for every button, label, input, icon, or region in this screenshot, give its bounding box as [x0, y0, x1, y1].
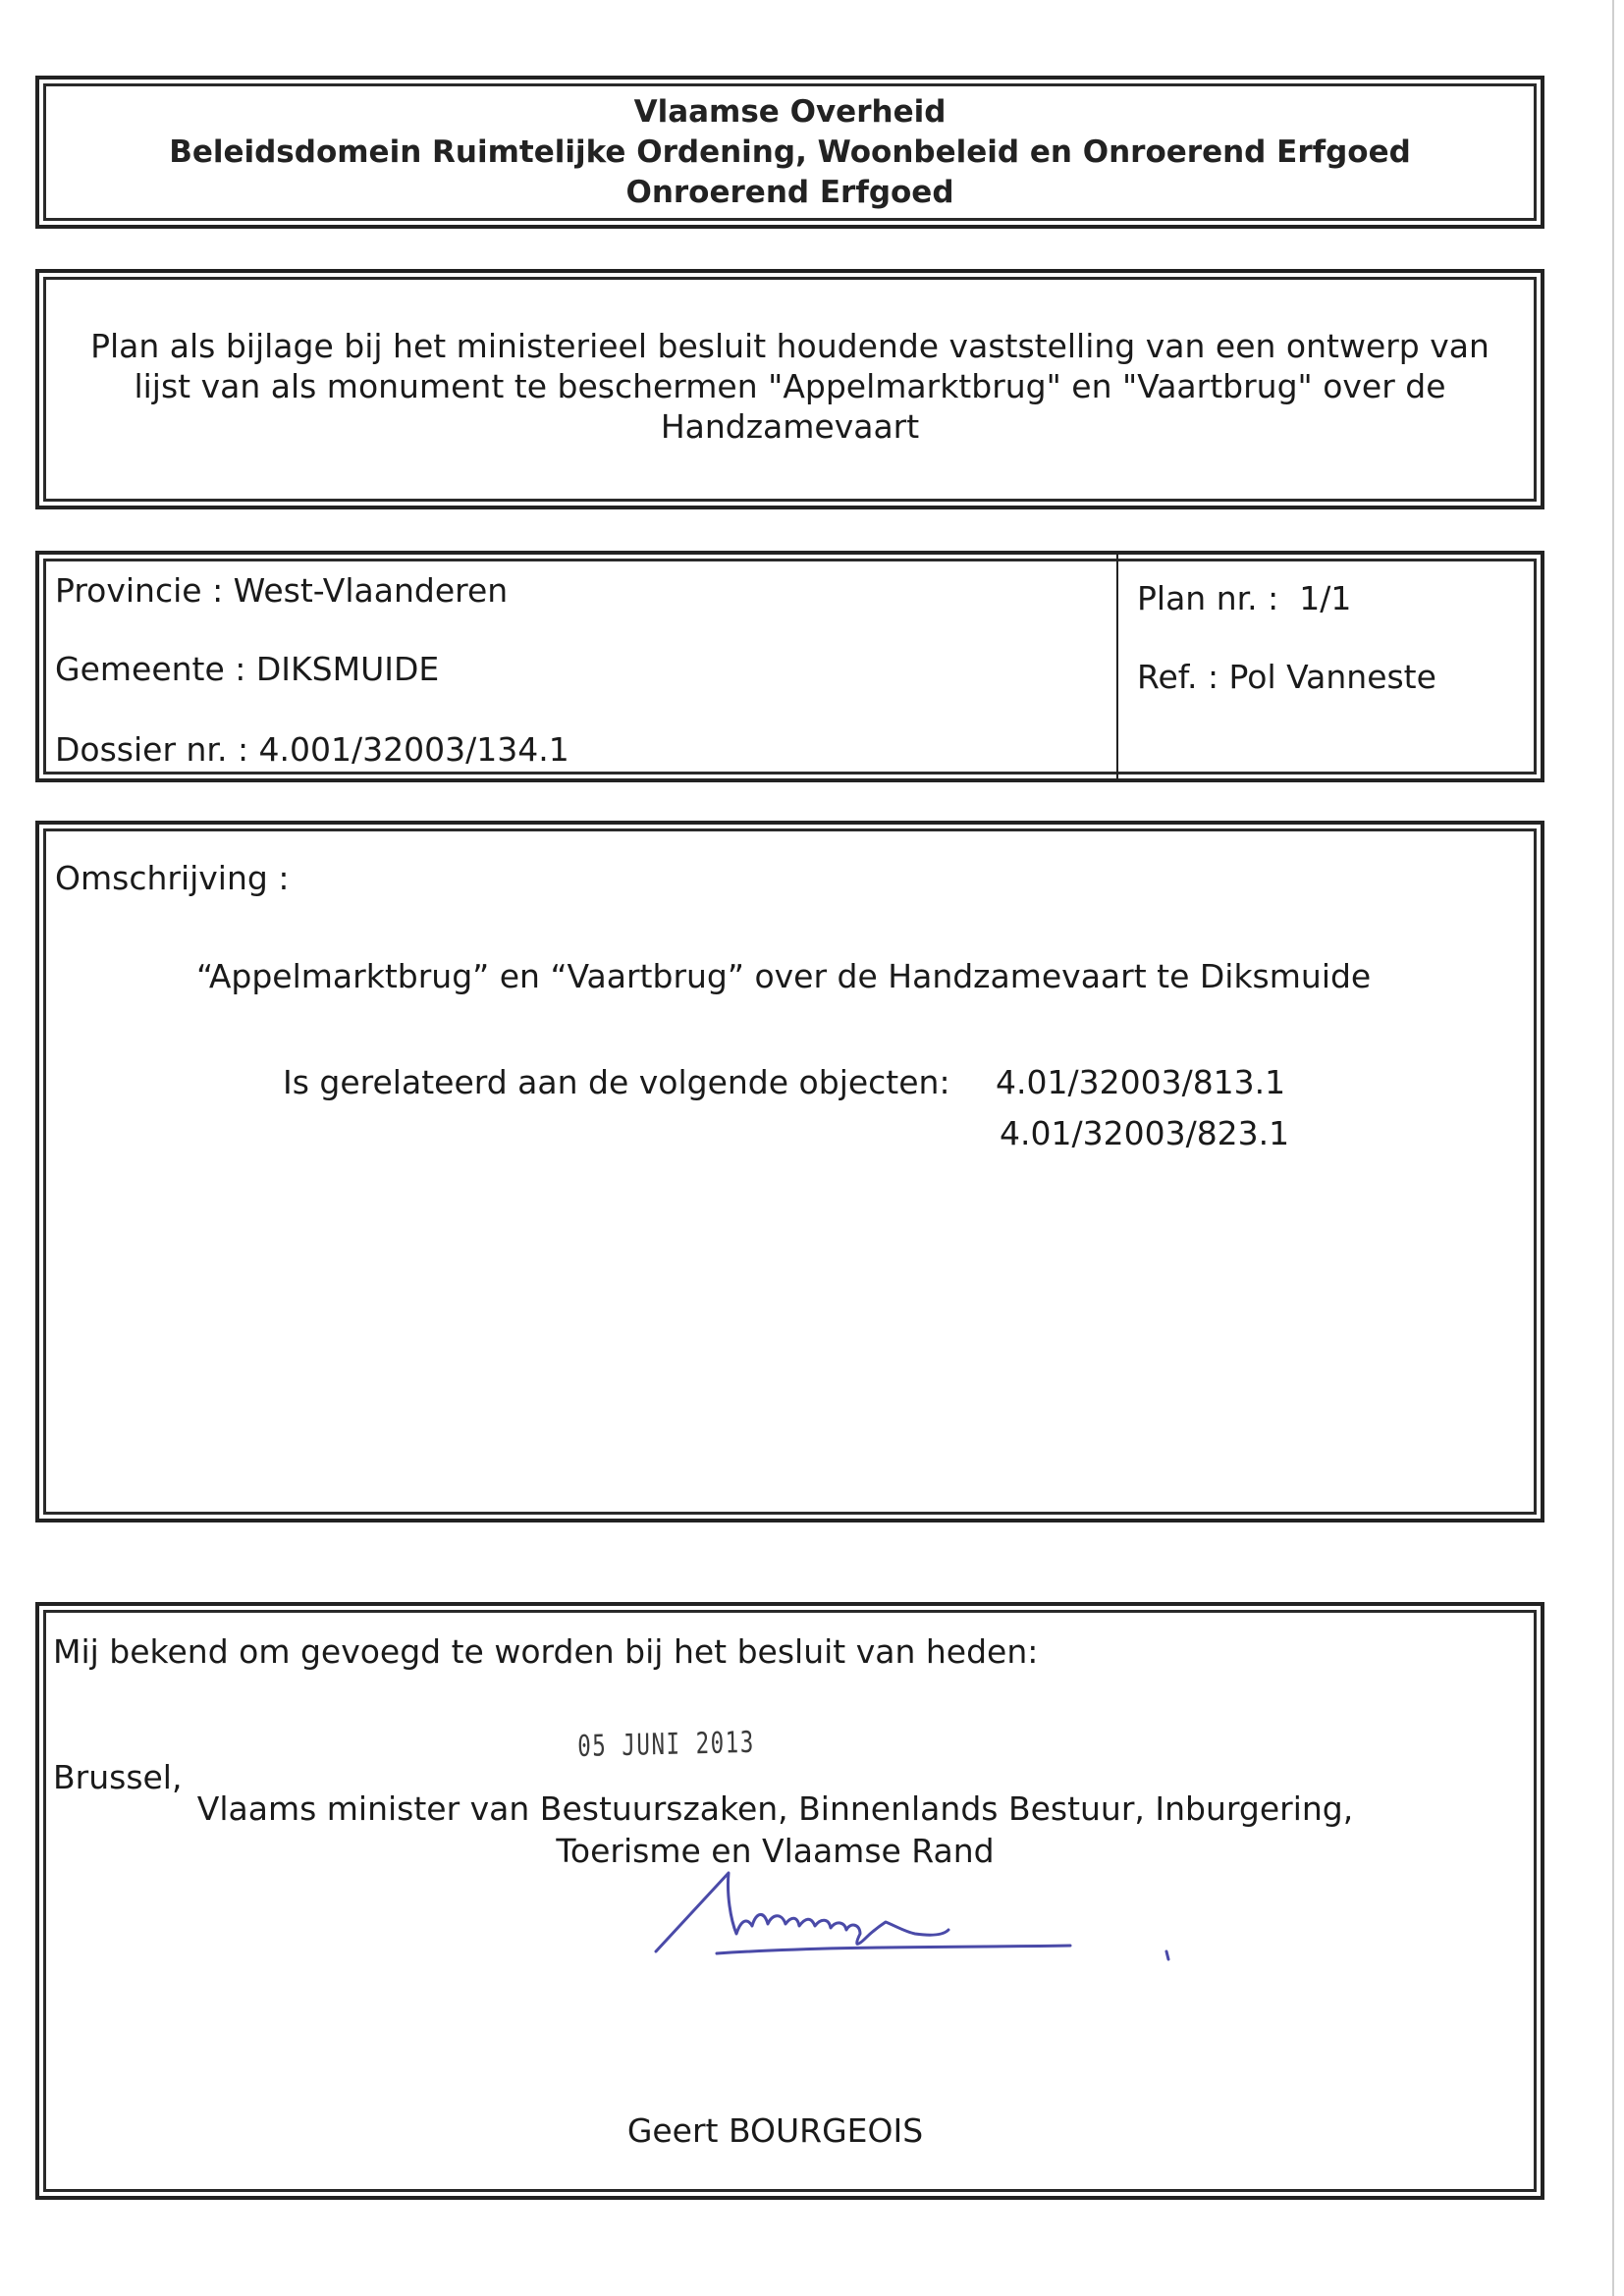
signatory-name: Geert BOURGEOIS [10, 2114, 1541, 2147]
minister-role-line-2: Toerisme en Vlaamse Rand [10, 1835, 1541, 1867]
info-box: Provincie : West-Vlaanderen Gemeente : D… [35, 551, 1544, 782]
dossier-field: Dossier nr. : 4.001/32003/134.1 [55, 733, 569, 766]
provincie-field: Provincie : West-Vlaanderen [55, 574, 508, 607]
subject-line-2: lijst van als monument te beschermen "Ap… [39, 370, 1541, 402]
header-line-1: Vlaamse Overheid [39, 97, 1541, 128]
description-box: Omschrijving : “Appelmarktbrug” en “Vaar… [35, 821, 1544, 1522]
info-column-divider [1116, 555, 1118, 778]
related-object-2: 4.01/32003/823.1 [1000, 1117, 1289, 1149]
subject-box: Plan als bijlage bij het ministerieel be… [35, 269, 1544, 509]
subject-line-1: Plan als bijlage bij het ministerieel be… [39, 330, 1541, 362]
subject-line-3: Handzamevaart [39, 410, 1541, 443]
header-line-3: Onroerend Erfgoed [39, 178, 1541, 208]
date-stamp: 05 JUNI 2013 [577, 1726, 755, 1764]
description-label: Omschrijving : [55, 862, 289, 894]
ref-field: Ref. : Pol Vanneste [1137, 661, 1436, 693]
related-object-1: 4.01/32003/813.1 [996, 1066, 1285, 1098]
related-objects-label: Is gerelateerd aan de volgende objecten: [283, 1066, 950, 1098]
signature-icon [638, 1865, 1267, 1993]
plan-nr-field: Plan nr. : 1/1 [1137, 582, 1351, 614]
approval-place: Brussel, [53, 1761, 182, 1793]
description-title: “Appelmarktbrug” en “Vaartbrug” over de … [196, 960, 1371, 992]
scan-edge [1612, 0, 1614, 2296]
header-box: Vlaamse Overheid Beleidsdomein Ruimtelij… [35, 76, 1544, 229]
gemeente-field: Gemeente : DIKSMUIDE [55, 653, 439, 685]
minister-role-line-1: Vlaams minister van Bestuurszaken, Binne… [10, 1792, 1541, 1825]
description-inner-border [43, 828, 1537, 1515]
approval-intro: Mij bekend om gevoegd te worden bij het … [53, 1635, 1038, 1668]
header-line-2: Beleidsdomein Ruimtelijke Ordening, Woon… [39, 137, 1541, 168]
